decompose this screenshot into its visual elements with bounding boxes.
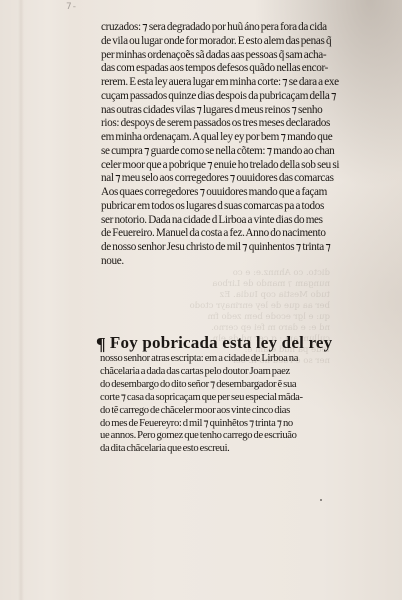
bleed-line: qu: e lgr ecode bem zedo fm <box>130 312 330 323</box>
text-line: de vila ou lugar onde for morador. E est… <box>101 35 383 49</box>
text-line: celer moor que a pobrique ⁊ enuie ho tre… <box>101 159 383 173</box>
text-line: corte ⁊ casa da sopricaçam que per seu e… <box>100 392 386 405</box>
bleed-line: dicto. co Ahnnz.e: e co <box>130 268 330 279</box>
text-line: ser notorio. Dada na cidade d̃ Lirboa a … <box>101 214 383 228</box>
text-line: nal ⁊ meu selo aos corregedores ⁊ ouuido… <box>101 172 383 186</box>
text-line: das com espadas aos tempos defesos quãdo… <box>101 62 383 76</box>
text-line: Aos quaes corregedores ⁊ ouuidores mando… <box>101 186 383 200</box>
publication-heading: ¶ Foy pobricada esta ley del rey <box>96 333 386 353</box>
publication-body: nosso senhor atras escripta: em a cidade… <box>96 353 386 456</box>
pilcrow-icon: ¶ <box>96 335 106 353</box>
text-line: per minhas ordenaçoẽs sã dadas aas pesso… <box>101 49 383 63</box>
text-line: pubricar em todos os lugares d̃ suas com… <box>101 200 383 214</box>
text-line: nas outras cidades vilas ⁊ lugares d̃ me… <box>101 104 383 118</box>
text-line: do mes de Feuereyro: d̃ mil ⁊ quinhẽtos … <box>100 418 386 431</box>
text-line: em minha ordenaçam. A qual ley ey por be… <box>101 131 383 145</box>
text-line: rios: despoys de serem passados os tres … <box>101 117 383 131</box>
text-line: ue annos. Pero gomez que tenho carrego d… <box>100 430 386 443</box>
bleed-line: tudo Mestia cop Iudia. Ez <box>130 290 330 301</box>
heading-text: Foy pobricada esta ley del rey <box>110 333 332 353</box>
bleed-line: nungam ⁊ mando de Lirboa <box>130 279 330 290</box>
text-line: de Feuereiro. Manuel da costa a fez. Ann… <box>101 227 383 241</box>
manuscript-page: 7- dicto. co Ahnnz.e: e co nungam ⁊ mand… <box>0 0 402 600</box>
text-line: da dita chãcelaria que esto escreui. <box>100 443 386 456</box>
text-line: se cumpra ⁊ guarde como se nella cõtem: … <box>101 145 383 159</box>
text-line: de nosso senhor Jesu christo de mil ⁊ qu… <box>101 241 383 255</box>
text-line: do tẽ carrego de chãceler moor aos vinte… <box>100 405 386 418</box>
law-text-block: cruzados: ⁊ sera degradado por huũ áno p… <box>101 21 383 269</box>
publication-note-block: ¶ Foy pobricada esta ley del rey nosso s… <box>96 333 386 456</box>
paper-speck <box>320 499 322 501</box>
text-line: chãcelaria a dada das cartas pelo doutor… <box>100 366 386 379</box>
folio-mark: 7- <box>66 2 77 12</box>
text-line: cuçam passados quinze dias despois da pu… <box>101 90 383 104</box>
text-line: nosso senhor atras escripta: em a cidade… <box>100 353 386 366</box>
text-line: noue. <box>101 255 383 269</box>
text-line: rerem. E esta ley auera lugar em minha c… <box>101 76 383 90</box>
text-line: do desembargo do dito señor ⁊ desembarga… <box>100 379 386 392</box>
text-line: cruzados: ⁊ sera degradado por huũ áno p… <box>101 21 383 35</box>
bleed-line: ber aa que de ley enrinayr ctodo <box>130 301 330 312</box>
page-fold-shadow <box>18 0 24 600</box>
